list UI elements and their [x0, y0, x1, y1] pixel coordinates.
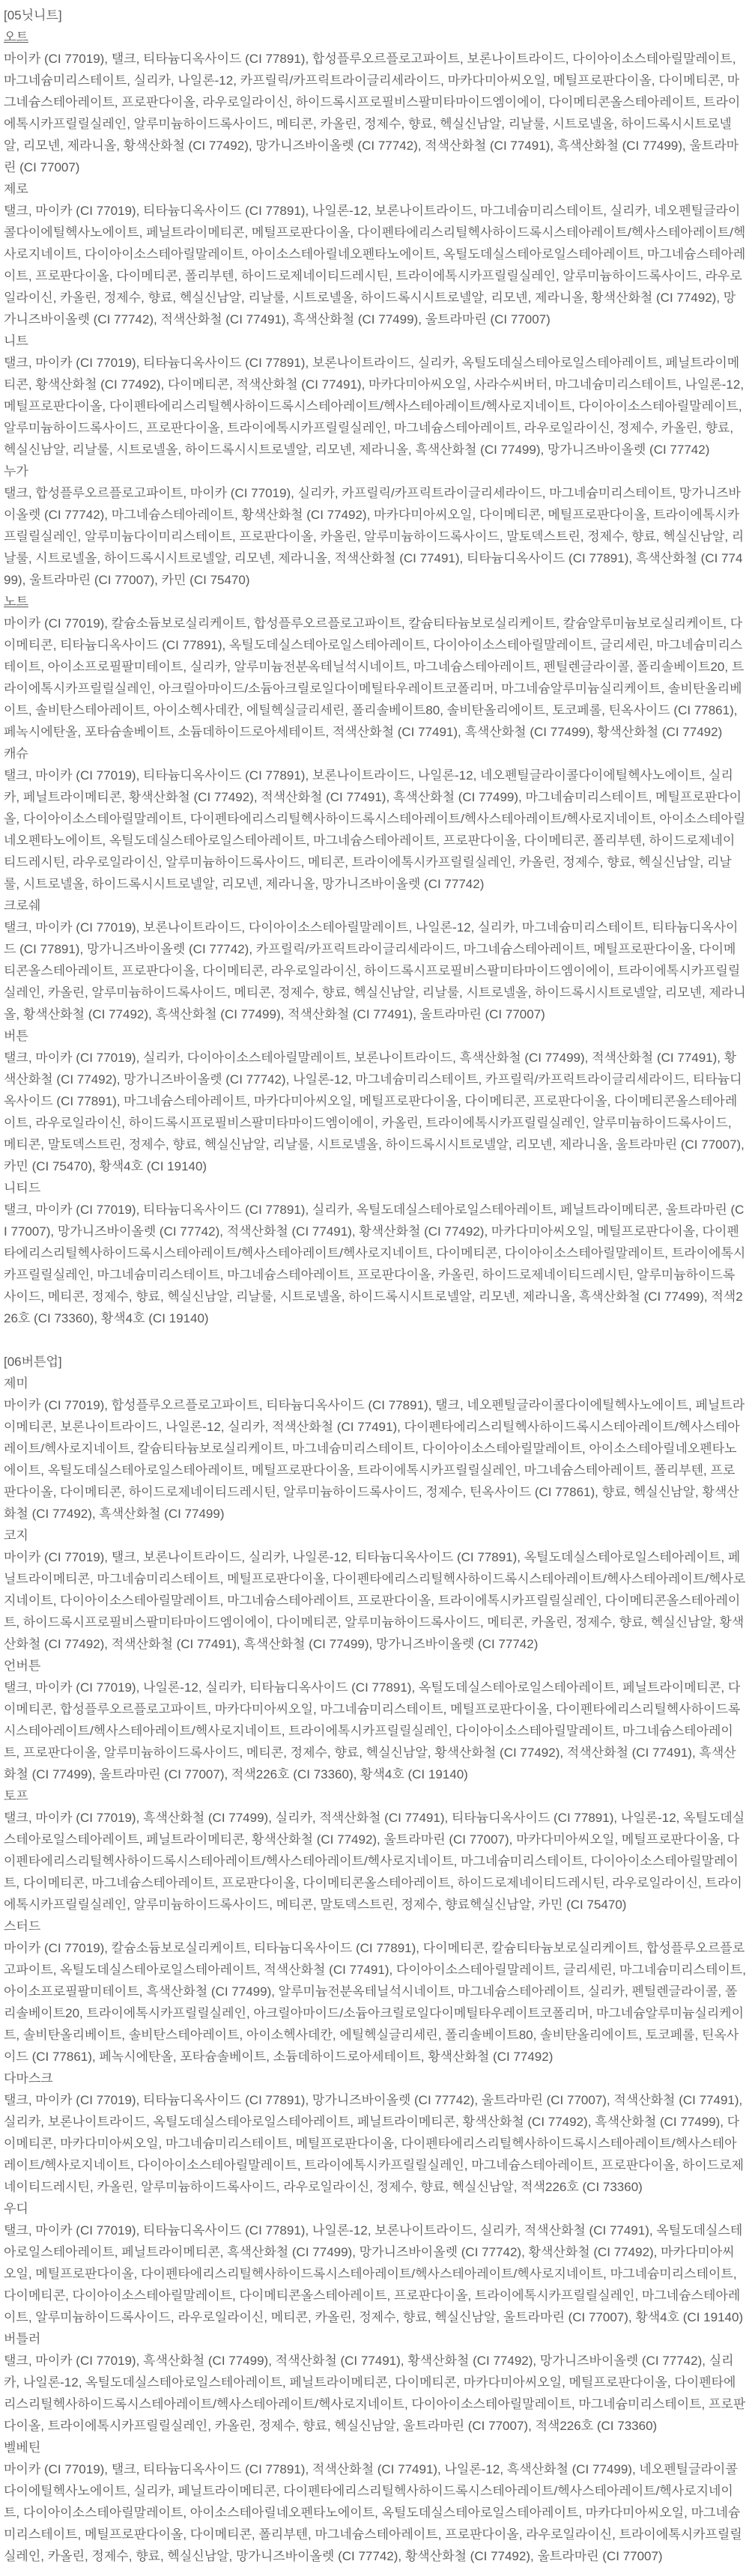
- product-entry: 제미 마이카 (CI 77019), 합성플루오르플로고파이트, 티타늄디옥사이…: [4, 1373, 746, 1525]
- product-entry: 니티드 탤크, 마이카 (CI 77019), 티타늄디옥사이드 (CI 778…: [4, 1177, 746, 1329]
- ingredient-list: 탤크, 마이카 (CI 77019), 실리카, 다이아이소스테아릴말레이트, …: [4, 1047, 746, 1177]
- product-name-note[interactable]: 노트: [4, 591, 746, 613]
- product-entry: 제로 탤크, 마이카 (CI 77019), 티타늄디옥사이드 (CI 7789…: [4, 178, 746, 330]
- ingredient-list: 마이카 (CI 77019), 칼슘소듐보로실리케이트, 합성플루오르플로고파이…: [4, 613, 746, 743]
- product-entry: 캐슈 탤크, 마이카 (CI 77019), 티타늄디옥사이드 (CI 7789…: [4, 743, 746, 895]
- product-entry: 우디 탤크, 마이카 (CI 77019), 티타늄디옥사이드 (CI 7789…: [4, 2198, 746, 2328]
- product-name-button: 버튼: [4, 1025, 746, 1047]
- product-name-crochet: 크로쉐: [4, 895, 746, 917]
- ingredient-document: [05닛니트] 오트 마이카 (CI 77019), 탤크, 티타늄디옥사이드 …: [0, 0, 749, 2576]
- ingredient-list: 마이카 (CI 77019), 칼슘소듐보로실리케이트, 티타늄디옥사이드 (C…: [4, 1937, 746, 2068]
- ingredient-list: 탤크, 마이카 (CI 77019), 티타늄디옥사이드 (CI 77891),…: [4, 2220, 746, 2328]
- product-name-velvetine: 벨베틴: [4, 2437, 746, 2458]
- ingredient-list: 탤크, 마이카 (CI 77019), 티타늄디옥사이드 (CI 77891),…: [4, 1199, 746, 1329]
- product-entry: 니트 탤크, 마이카 (CI 77019), 티타늄디옥사이드 (CI 7789…: [4, 330, 746, 461]
- section-divider-gap: [4, 1329, 746, 1351]
- product-name-woody: 우디: [4, 2198, 746, 2220]
- ingredient-list: 탤크, 마이카 (CI 77019), 티타늄디옥사이드 (CI 77891),…: [4, 765, 746, 895]
- ingredient-list: 마이카 (CI 77019), 탤크, 티타늄디옥사이드 (CI 77891),…: [4, 48, 746, 178]
- product-name-knit: 니트: [4, 330, 746, 352]
- ingredient-list: 탤크, 마이카 (CI 77019), 보론나이트라이드, 다이아이소스테아릴말…: [4, 917, 746, 1025]
- product-name-oat[interactable]: 오트: [4, 26, 746, 48]
- product-entry: 크로쉐 탤크, 마이카 (CI 77019), 보론나이트라이드, 다이아이소스…: [4, 895, 746, 1025]
- product-entry: 코지 마이카 (CI 77019), 탤크, 보론나이트라이드, 실리카, 나일…: [4, 1525, 746, 1655]
- product-entry: 스터드 마이카 (CI 77019), 칼슘소듐보로실리케이트, 티타늄디옥사이…: [4, 1916, 746, 2068]
- product-name-taupe: 토프: [4, 1785, 746, 1807]
- product-name-damask: 다마스크: [4, 2068, 746, 2089]
- product-entry: 버틀러 탤크, 마이카 (CI 77019), 흑색산화철 (CI 77499)…: [4, 2328, 746, 2437]
- section-06-buttonup: [06버튼업] 제미 마이카 (CI 77019), 합성플루오르플로고파이트,…: [4, 1351, 746, 2567]
- product-entry: 오트 마이카 (CI 77019), 탤크, 티타늄디옥사이드 (CI 7789…: [4, 26, 746, 178]
- product-name-zero: 제로: [4, 178, 746, 200]
- product-name-butler: 버틀러: [4, 2328, 746, 2350]
- section-05-knit: [05닛니트] 오트 마이카 (CI 77019), 탤크, 티타늄디옥사이드 …: [4, 4, 746, 1329]
- product-entry: 토프 탤크, 마이카 (CI 77019), 흑색산화철 (CI 77499),…: [4, 1785, 746, 1916]
- product-name-nougat: 누가: [4, 461, 746, 482]
- product-name-cashew: 캐슈: [4, 743, 746, 765]
- section-header: [05닛니트]: [4, 4, 746, 26]
- ingredient-list: 마이카 (CI 77019), 탤크, 보론나이트라이드, 실리카, 나일론-1…: [4, 1546, 746, 1655]
- product-entry: 벨베틴 마이카 (CI 77019), 탤크, 티타늄디옥사이드 (CI 778…: [4, 2437, 746, 2567]
- ingredient-list: 마이카 (CI 77019), 합성플루오르플로고파이트, 티타늄디옥사이드 (…: [4, 1394, 746, 1525]
- product-entry: 누가 탤크, 합성플루오르플로고파이트, 마이카 (CI 77019), 실리카…: [4, 461, 746, 591]
- product-entry: 언버튼 탤크, 마이카 (CI 77019), 나일론-12, 실리카, 티타늄…: [4, 1655, 746, 1785]
- product-name-unbutton: 언버튼: [4, 1655, 746, 1677]
- ingredient-list: 탤크, 마이카 (CI 77019), 나일론-12, 실리카, 티타늄디옥사이…: [4, 1677, 746, 1785]
- product-entry: 노트 마이카 (CI 77019), 칼슘소듐보로실리케이트, 합성플루오르플로…: [4, 591, 746, 743]
- ingredient-list: 탤크, 마이카 (CI 77019), 흑색산화철 (CI 77499), 적색…: [4, 2350, 746, 2437]
- ingredient-list: 탤크, 마이카 (CI 77019), 티타늄디옥사이드 (CI 77891),…: [4, 2089, 746, 2198]
- ingredient-list: 마이카 (CI 77019), 탤크, 티타늄디옥사이드 (CI 77891),…: [4, 2458, 746, 2567]
- product-name-knitted: 니티드: [4, 1177, 746, 1199]
- product-name-cozy: 코지: [4, 1525, 746, 1546]
- ingredient-list: 탤크, 합성플루오르플로고파이트, 마이카 (CI 77019), 실리카, 카…: [4, 482, 746, 591]
- product-name-gemmy: 제미: [4, 1373, 746, 1394]
- product-name-stud: 스터드: [4, 1916, 746, 1937]
- ingredient-list: 탤크, 마이카 (CI 77019), 티타늄디옥사이드 (CI 77891),…: [4, 352, 746, 461]
- product-entry: 다마스크 탤크, 마이카 (CI 77019), 티타늄디옥사이드 (CI 77…: [4, 2068, 746, 2198]
- section-header: [06버튼업]: [4, 1351, 746, 1373]
- ingredient-list: 탤크, 마이카 (CI 77019), 티타늄디옥사이드 (CI 77891),…: [4, 200, 746, 330]
- product-entry: 버튼 탤크, 마이카 (CI 77019), 실리카, 다이아이소스테아릴말레이…: [4, 1025, 746, 1177]
- ingredient-list: 탤크, 마이카 (CI 77019), 흑색산화철 (CI 77499), 실리…: [4, 1807, 746, 1916]
